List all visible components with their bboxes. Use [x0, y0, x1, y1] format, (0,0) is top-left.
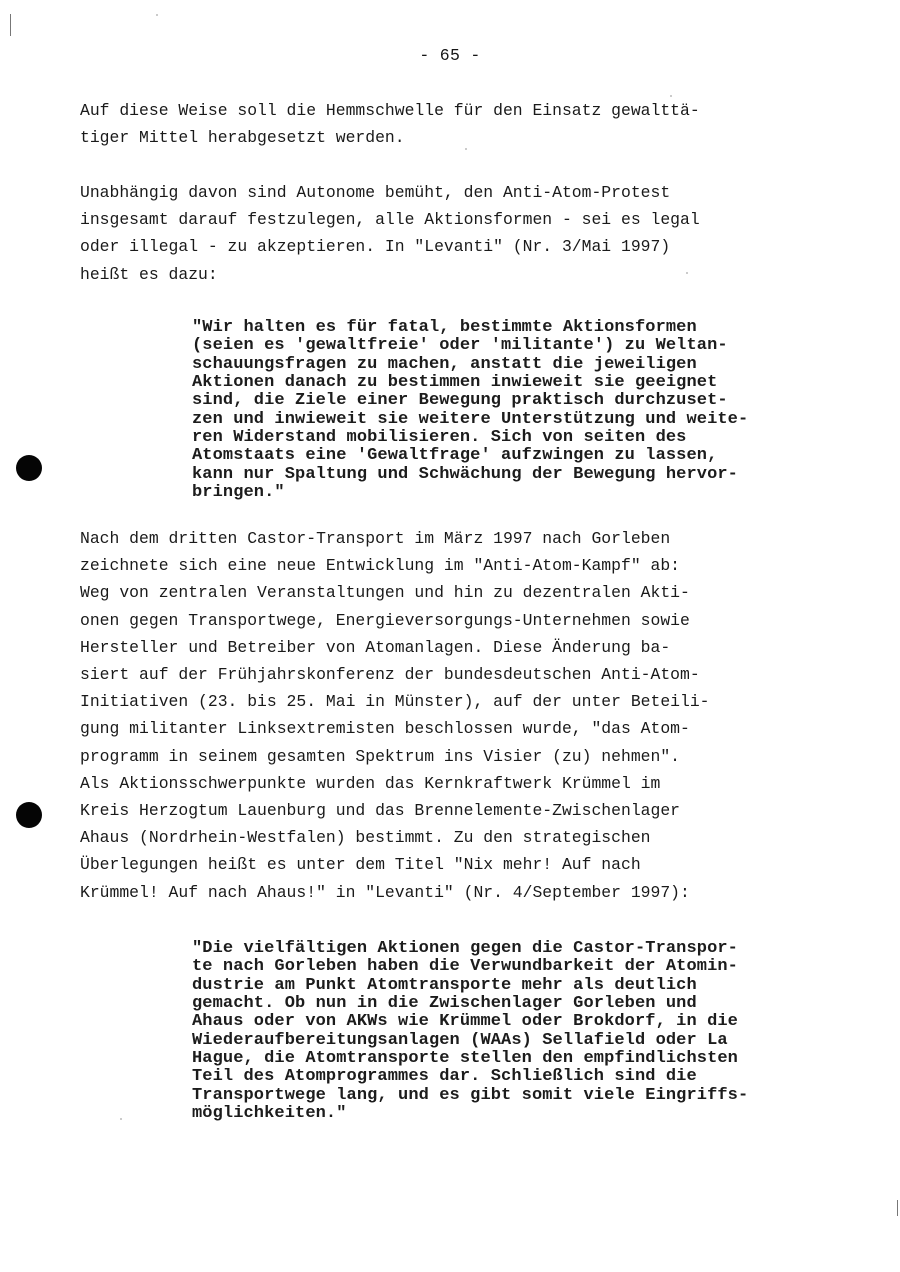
- text-line: oder illegal - zu akzeptieren. In "Levan…: [80, 233, 700, 260]
- quote-line: te nach Gorleben haben die Verwundbarkei…: [192, 958, 748, 976]
- text-line: Ahaus (Nordrhein-Westfalen) bestimmt. Zu…: [80, 824, 710, 851]
- quote-line: Wiederaufbereitungsanlagen (WAAs) Sellaf…: [192, 1032, 748, 1050]
- quote-line: dustrie am Punkt Atomtransporte mehr als…: [192, 977, 748, 995]
- text-line: Hersteller und Betreiber von Atomanlagen…: [80, 634, 710, 661]
- body-paragraph-1: Auf diese Weise soll die Hemmschwelle fü…: [80, 97, 700, 151]
- text-line: Auf diese Weise soll die Hemmschwelle fü…: [80, 97, 700, 124]
- punch-hole-upper: [16, 455, 42, 481]
- body-paragraph-3: Nach dem dritten Castor-Transport im Mär…: [80, 525, 710, 906]
- text-line: Kreis Herzogtum Lauenburg und das Brenne…: [80, 797, 710, 824]
- quote-line: "Wir halten es für fatal, bestimmte Akti…: [192, 319, 748, 337]
- text-line: tiger Mittel herabgesetzt werden.: [80, 124, 700, 151]
- quote-line: bringen.": [192, 484, 748, 502]
- quote-line: Teil des Atomprogrammes dar. Schließlich…: [192, 1068, 748, 1086]
- quote-line: schauungsfragen zu machen, anstatt die j…: [192, 356, 748, 374]
- text-line: Als Aktionsschwerpunkte wurden das Kernk…: [80, 770, 710, 797]
- text-line: Weg von zentralen Veranstaltungen und hi…: [80, 579, 710, 606]
- scan-speck: [156, 14, 158, 16]
- text-line: Krümmel! Auf nach Ahaus!" in "Levanti" (…: [80, 879, 710, 906]
- text-line: onen gegen Transportwege, Energieversorg…: [80, 607, 710, 634]
- text-line: Unabhängig davon sind Autonome bemüht, d…: [80, 179, 700, 206]
- text-line: Überlegungen heißt es unter dem Titel "N…: [80, 851, 710, 878]
- text-line: zeichnete sich eine neue Entwicklung im …: [80, 552, 710, 579]
- text-line: insgesamt darauf festzulegen, alle Aktio…: [80, 206, 700, 233]
- quote-line: Ahaus oder von AKWs wie Krümmel oder Bro…: [192, 1013, 748, 1031]
- quote-line: sind, die Ziele einer Bewegung praktisch…: [192, 392, 748, 410]
- block-quote-2: "Die vielfältigen Aktionen gegen die Cas…: [192, 940, 748, 1123]
- scan-edge-mark-top-left: [10, 14, 11, 36]
- quote-line: (seien es 'gewaltfreie' oder 'militante'…: [192, 337, 748, 355]
- quote-line: Atomstaats eine 'Gewaltfrage' aufzwingen…: [192, 447, 748, 465]
- quote-line: möglichkeiten.": [192, 1105, 748, 1123]
- text-line: programm in seinem gesamten Spektrum ins…: [80, 743, 710, 770]
- quote-line: "Die vielfältigen Aktionen gegen die Cas…: [192, 940, 748, 958]
- text-line: heißt es dazu:: [80, 261, 700, 288]
- block-quote-1: "Wir halten es für fatal, bestimmte Akti…: [192, 319, 748, 502]
- quote-line: kann nur Spaltung und Schwächung der Bew…: [192, 466, 748, 484]
- quote-line: Aktionen danach zu bestimmen inwieweit s…: [192, 374, 748, 392]
- text-line: Nach dem dritten Castor-Transport im Mär…: [80, 525, 710, 552]
- quote-line: gemacht. Ob nun in die Zwischenlager Gor…: [192, 995, 748, 1013]
- text-line: siert auf der Frühjahrskonferenz der bun…: [80, 661, 710, 688]
- quote-line: Hague, die Atomtransporte stellen den em…: [192, 1050, 748, 1068]
- punch-hole-lower: [16, 802, 42, 828]
- text-line: gung militanter Linksextremisten beschlo…: [80, 715, 710, 742]
- quote-line: ren Widerstand mobilisieren. Sich von se…: [192, 429, 748, 447]
- text-line: Initiativen (23. bis 25. Mai in Münster)…: [80, 688, 710, 715]
- quote-line: Transportwege lang, und es gibt somit vi…: [192, 1087, 748, 1105]
- scan-speck: [120, 1118, 122, 1120]
- body-paragraph-2: Unabhängig davon sind Autonome bemüht, d…: [80, 179, 700, 288]
- page-number: - 65 -: [0, 44, 900, 68]
- scan-edge-mark-bottom-right: [897, 1200, 898, 1216]
- quote-line: zen und inwieweit sie weitere Unterstütz…: [192, 411, 748, 429]
